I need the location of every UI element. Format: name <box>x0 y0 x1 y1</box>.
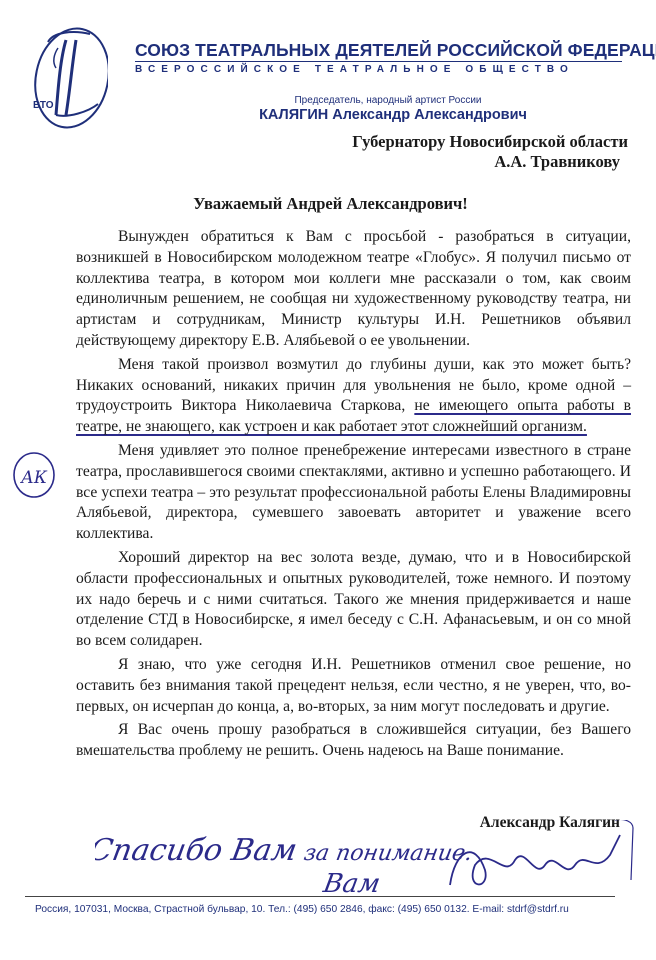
chair-role: Председатель, народный артист России <box>0 95 656 106</box>
paragraph: Я знаю, что уже сегодня И.Н. Решетников … <box>76 655 631 717</box>
paragraph: Хороший директор на вес золота везде, ду… <box>76 548 631 652</box>
salutation: Уважаемый Андрей Александрович! <box>0 194 656 214</box>
svg-text:Вам: Вам <box>320 869 382 899</box>
footer-divider <box>25 896 615 897</box>
margin-note-text: АК <box>20 468 48 488</box>
paragraph: Я Вас очень прошу разобраться в сложивше… <box>76 720 631 762</box>
addressee-title: Губернатору Новосибирской области <box>200 132 628 152</box>
letter-body: Вынужден обратиться к Вам с просьбой - р… <box>76 227 631 765</box>
header-divider <box>135 61 622 62</box>
paragraph: Вынужден обратиться к Вам с просьбой - р… <box>76 227 631 352</box>
chair-name: КАЛЯГИН Александр Александрович <box>0 107 656 123</box>
addressee-name: А.А. Травникову <box>200 152 620 172</box>
paragraph: Меня удивляет это полное пренебрежение и… <box>76 441 631 545</box>
org-subtitle: ВСЕРОССИЙСКОЕ ТЕАТРАЛЬНОЕ ОБЩЕСТВО <box>135 64 625 75</box>
handwritten-note: Спасибо Вам <box>95 833 300 868</box>
handwritten-signature: Спасибо Вам за понимание. Вам <box>95 820 635 900</box>
org-title: СОЮЗ ТЕАТРАЛЬНЫХ ДЕЯТЕЛЕЙ РОССИЙСКОЙ ФЕД… <box>135 40 635 61</box>
footer-contacts: Россия, 107031, Москва, Страстной бульва… <box>35 904 635 915</box>
margin-initials-mark: АК <box>10 450 58 500</box>
svg-text:за понимание.: за понимание. <box>302 840 475 866</box>
paragraph: Меня такой произвол возмутил до глубины … <box>76 355 631 438</box>
